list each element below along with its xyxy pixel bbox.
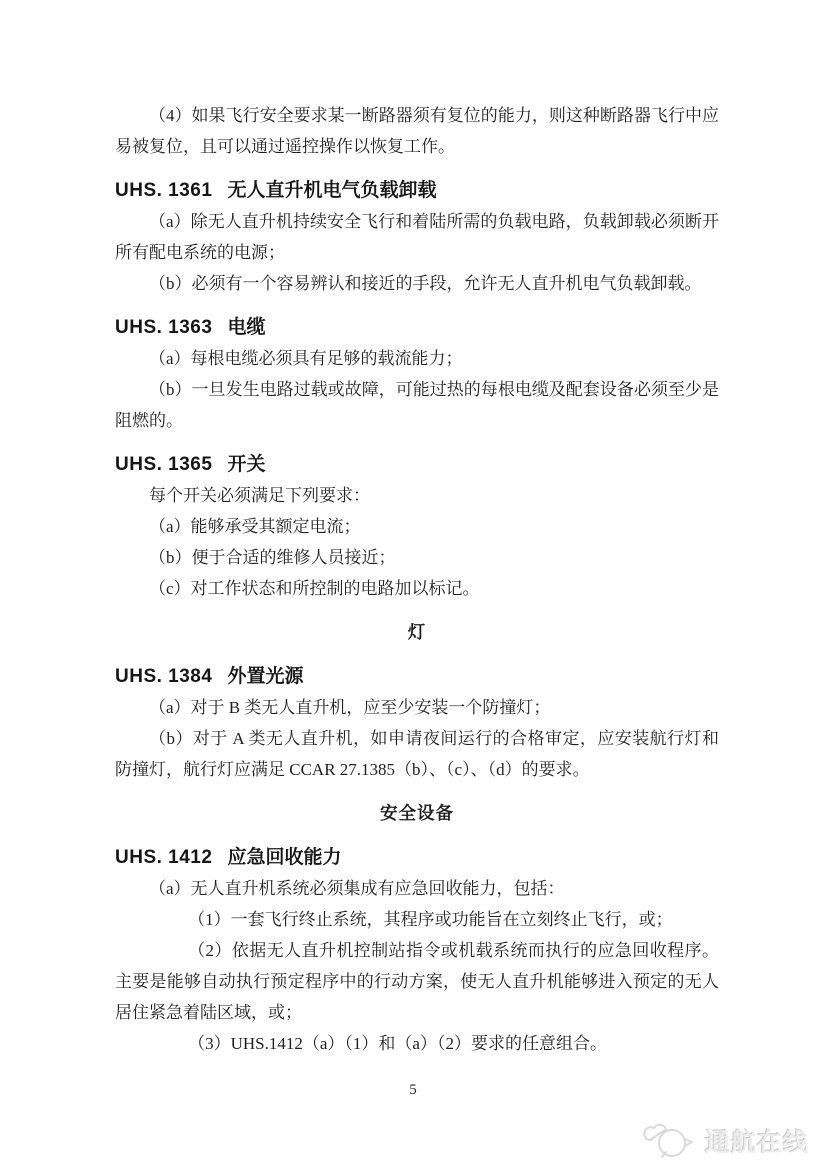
paragraph: （b）便于合适的维修人员接近； <box>115 542 719 573</box>
section-title: 开关 <box>227 454 265 475</box>
section-title: 外置光源 <box>227 666 303 687</box>
paragraph: （a）每根电缆必须具有足够的载流能力； <box>115 343 719 374</box>
section-title: 电缆 <box>227 317 265 338</box>
paragraph: （c）对工作状态和所控制的电路加以标记。 <box>115 573 719 604</box>
section-title: 应急回收能力 <box>227 847 341 868</box>
section-title: 无人直升机电气负载卸载 <box>227 180 436 201</box>
paragraph: （4）如果飞行安全要求某一断路器须有复位的能力，则这种断路器飞行中应易被复位，且… <box>115 100 719 162</box>
watermark: 通航在线 <box>639 1121 809 1161</box>
paragraph: （a）无人直升机系统必须集成有应急回收能力，包括： <box>115 873 719 904</box>
paragraph: 每个开关必须满足下列要求： <box>115 480 719 511</box>
center-heading-lamps: 灯 <box>115 617 719 648</box>
section-heading-uhs-1412: UHS. 1412应急回收能力 <box>115 842 719 873</box>
paragraph: （a）能够承受其额定电流； <box>115 511 719 542</box>
page-content: （4）如果飞行安全要求某一断路器须有复位的能力，则这种断路器飞行中应易被复位，且… <box>115 100 719 1059</box>
section-heading-uhs-1384: UHS. 1384外置光源 <box>115 661 719 692</box>
watermark-label: 通航在线 <box>705 1123 809 1159</box>
document-page: （4）如果飞行安全要求某一断路器须有复位的能力，则这种断路器飞行中应易被复位，且… <box>0 0 826 1169</box>
center-heading-safety-equipment: 安全设备 <box>115 798 719 829</box>
section-code: UHS. 1412 <box>115 847 212 868</box>
paragraph: （b）一旦发生电路过载或故障，可能过热的每根电缆及配套设备必须至少是阻燃的。 <box>115 374 719 436</box>
section-code: UHS. 1361 <box>115 180 212 201</box>
page-number: 5 <box>0 1082 826 1099</box>
paragraph: （b）对于 A 类无人直升机，如申请夜间运行的合格审定，应安装航行灯和防撞灯，航… <box>115 723 719 785</box>
section-code: UHS. 1365 <box>115 454 212 475</box>
section-heading-uhs-1365: UHS. 1365开关 <box>115 449 719 480</box>
paragraph: （b）必须有一个容易辨认和接近的手段，允许无人直升机电气负载卸载。 <box>115 268 719 299</box>
sub-item-paragraph: （3）UHS.1412（a）（1）和（a）（2）要求的任意组合。 <box>115 1028 719 1059</box>
helicopter-logo-icon <box>639 1121 697 1161</box>
section-heading-uhs-1361: UHS. 1361无人直升机电气负载卸载 <box>115 175 719 206</box>
section-code: UHS. 1363 <box>115 317 212 338</box>
section-code: UHS. 1384 <box>115 666 212 687</box>
paragraph: （a）对于 B 类无人直升机，应至少安装一个防撞灯； <box>115 692 719 723</box>
section-heading-uhs-1363: UHS. 1363电缆 <box>115 312 719 343</box>
sub-item-paragraph: （2）依据无人直升机控制站指令或机载系统而执行的应急回收程序。主要是能够自动执行… <box>115 935 719 1028</box>
paragraph: （a）除无人直升机持续安全飞行和着陆所需的负载电路，负载卸载必须断开所有配电系统… <box>115 206 719 268</box>
sub-item-paragraph: （1）一套飞行终止系统，其程序或功能旨在立刻终止飞行，或； <box>115 904 719 935</box>
